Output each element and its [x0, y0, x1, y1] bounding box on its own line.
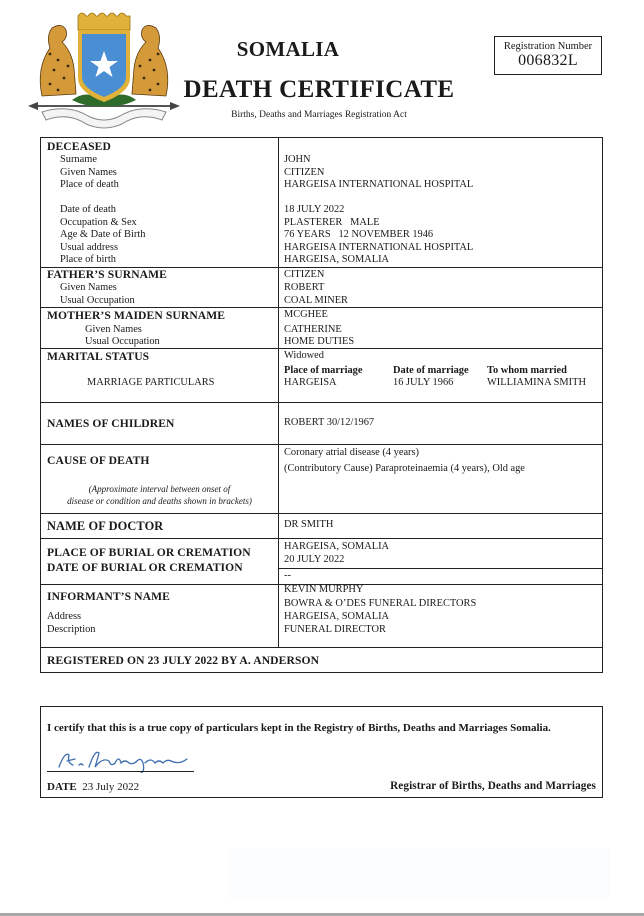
cause-line-2: (Contributory Cause) Paraproteinaemia (4…: [284, 463, 525, 476]
registrar-title: Registrar of Births, Deaths and Marriage…: [390, 780, 596, 792]
place-of-birth-label: Place of birth: [60, 254, 116, 267]
cause-line-1: Coronary atrial disease (4 years): [284, 447, 419, 460]
coat-of-arms-icon: [28, 8, 180, 130]
marriage-particulars-label: MARRIAGE PARTICULARS: [87, 377, 214, 390]
mother-surname-value: MCGHEE: [284, 309, 328, 322]
age-dob-value: 76 YEARS 12 NOVEMBER 1946: [284, 229, 433, 242]
date-line: DATE 23 July 2022: [47, 781, 139, 794]
children-heading: NAMES OF CHILDREN: [47, 417, 175, 430]
registration-number-box: Registration Number 006832L: [494, 36, 602, 75]
burial-subrow-divider: [278, 568, 602, 569]
surname-value: JOHN: [284, 154, 311, 167]
burial-extra-value: --: [284, 570, 291, 583]
date-value: 23 July 2022: [82, 781, 139, 793]
father-surname-heading: FATHER’S SURNAME: [47, 268, 167, 281]
cause-of-death-heading: CAUSE OF DEATH: [47, 454, 150, 467]
faint-watermark: [228, 848, 610, 898]
row-divider: [41, 647, 602, 648]
place-of-death-value: HARGEISA INTERNATIONAL HOSPITAL: [284, 179, 473, 192]
column-divider: [278, 138, 279, 647]
surname-label: Surname: [60, 154, 97, 167]
marital-status-heading: MARITAL STATUS: [47, 350, 149, 363]
registration-number-value: 006832L: [495, 52, 601, 70]
usual-address-value: HARGEISA INTERNATIONAL HOSPITAL: [284, 242, 473, 255]
mother-maiden-surname-heading: MOTHER’S MAIDEN SURNAME: [47, 309, 225, 322]
place-of-birth-value: HARGEISA, SOMALIA: [284, 254, 389, 267]
burial-date-value: 20 JULY 2022: [284, 554, 344, 567]
age-dob-label: Age & Date of Birth: [60, 229, 145, 242]
registration-number-label: Registration Number: [495, 41, 601, 52]
date-of-marriage-value: 16 JULY 1966: [393, 377, 453, 390]
doctor-value: DR SMITH: [284, 519, 333, 532]
informant-description-value: FUNERAL DIRECTOR: [284, 624, 386, 637]
date-of-marriage-header: Date of marriage: [393, 365, 469, 378]
doctor-heading: NAME OF DOCTOR: [47, 519, 163, 534]
date-of-death-value: 18 JULY 2022: [284, 204, 344, 217]
given-names-label: Given Names: [60, 167, 117, 180]
row-divider: [41, 513, 602, 514]
burial-place-heading: PLACE OF BURIAL OR CREMATION: [47, 546, 251, 559]
informant-name-value: KEVIN MURPHY: [284, 584, 363, 597]
mother-occupation-label: Usual Occupation: [85, 336, 160, 349]
mother-given-names-label: Given Names: [85, 324, 142, 337]
informant-organisation-value: BOWRA & O’DES FUNERAL DIRECTORS: [284, 598, 476, 611]
signature-line: [47, 771, 194, 772]
occupation-sex-label: Occupation & Sex: [60, 217, 137, 230]
place-of-marriage-value: HARGEISA: [284, 377, 337, 390]
registration-act: Births, Deaths and Marriages Registratio…: [178, 110, 460, 120]
to-whom-married-value: WILLIAMINA SMITH: [487, 377, 586, 390]
father-given-names-label: Given Names: [60, 282, 117, 295]
date-of-death-label: Date of death: [60, 204, 116, 217]
given-names-value: CITIZEN: [284, 167, 324, 180]
to-whom-married-header: To whom married: [487, 365, 567, 378]
informant-description-label: Description: [47, 624, 95, 637]
place-of-death-label: Place of death: [60, 179, 119, 192]
usual-address-label: Usual address: [60, 242, 118, 255]
certification-box: I certify that this is a true copy of pa…: [40, 706, 603, 798]
certificate-details-table: DECEASED Surname JOHN Given Names CITIZE…: [40, 137, 603, 673]
occupation-sex-value: PLASTERER MALE: [284, 217, 380, 230]
row-divider: [41, 402, 602, 403]
place-of-marriage-header: Place of marriage: [284, 365, 362, 378]
father-occupation-label: Usual Occupation: [60, 295, 135, 308]
father-occupation-value: COAL MINER: [284, 295, 348, 308]
marital-status-value: Widowed: [284, 350, 324, 363]
father-given-names-value: ROBERT: [284, 282, 324, 295]
cause-note-line-2: disease or condition and deaths shown in…: [41, 495, 278, 507]
registrar-signature: [55, 745, 195, 778]
deceased-heading: DECEASED: [47, 140, 111, 153]
burial-date-heading: DATE OF BURIAL OR CREMATION: [47, 561, 243, 574]
informant-heading: INFORMANT’S NAME: [47, 590, 170, 603]
cause-note-line-1: (Approximate interval between onset of: [41, 483, 278, 495]
country-name: SOMALIA: [188, 37, 388, 62]
informant-address-value: HARGEISA, SOMALIA: [284, 611, 389, 624]
children-value: ROBERT 30/12/1967: [284, 417, 374, 430]
informant-address-label: Address: [47, 611, 81, 624]
certification-statement: I certify that this is a true copy of pa…: [47, 722, 551, 734]
date-label: DATE: [47, 781, 77, 793]
burial-place-value: HARGEISA, SOMALIA: [284, 541, 389, 554]
registered-statement: REGISTERED ON 23 JULY 2022 BY A. ANDERSO…: [47, 654, 319, 667]
document-title: DEATH CERTIFICATE: [178, 76, 460, 104]
mother-given-names-value: CATHERINE: [284, 324, 342, 337]
row-divider: [41, 538, 602, 539]
father-surname-value: CITIZEN: [284, 269, 324, 282]
row-divider: [41, 444, 602, 445]
mother-occupation-value: HOME DUTIES: [284, 336, 354, 349]
